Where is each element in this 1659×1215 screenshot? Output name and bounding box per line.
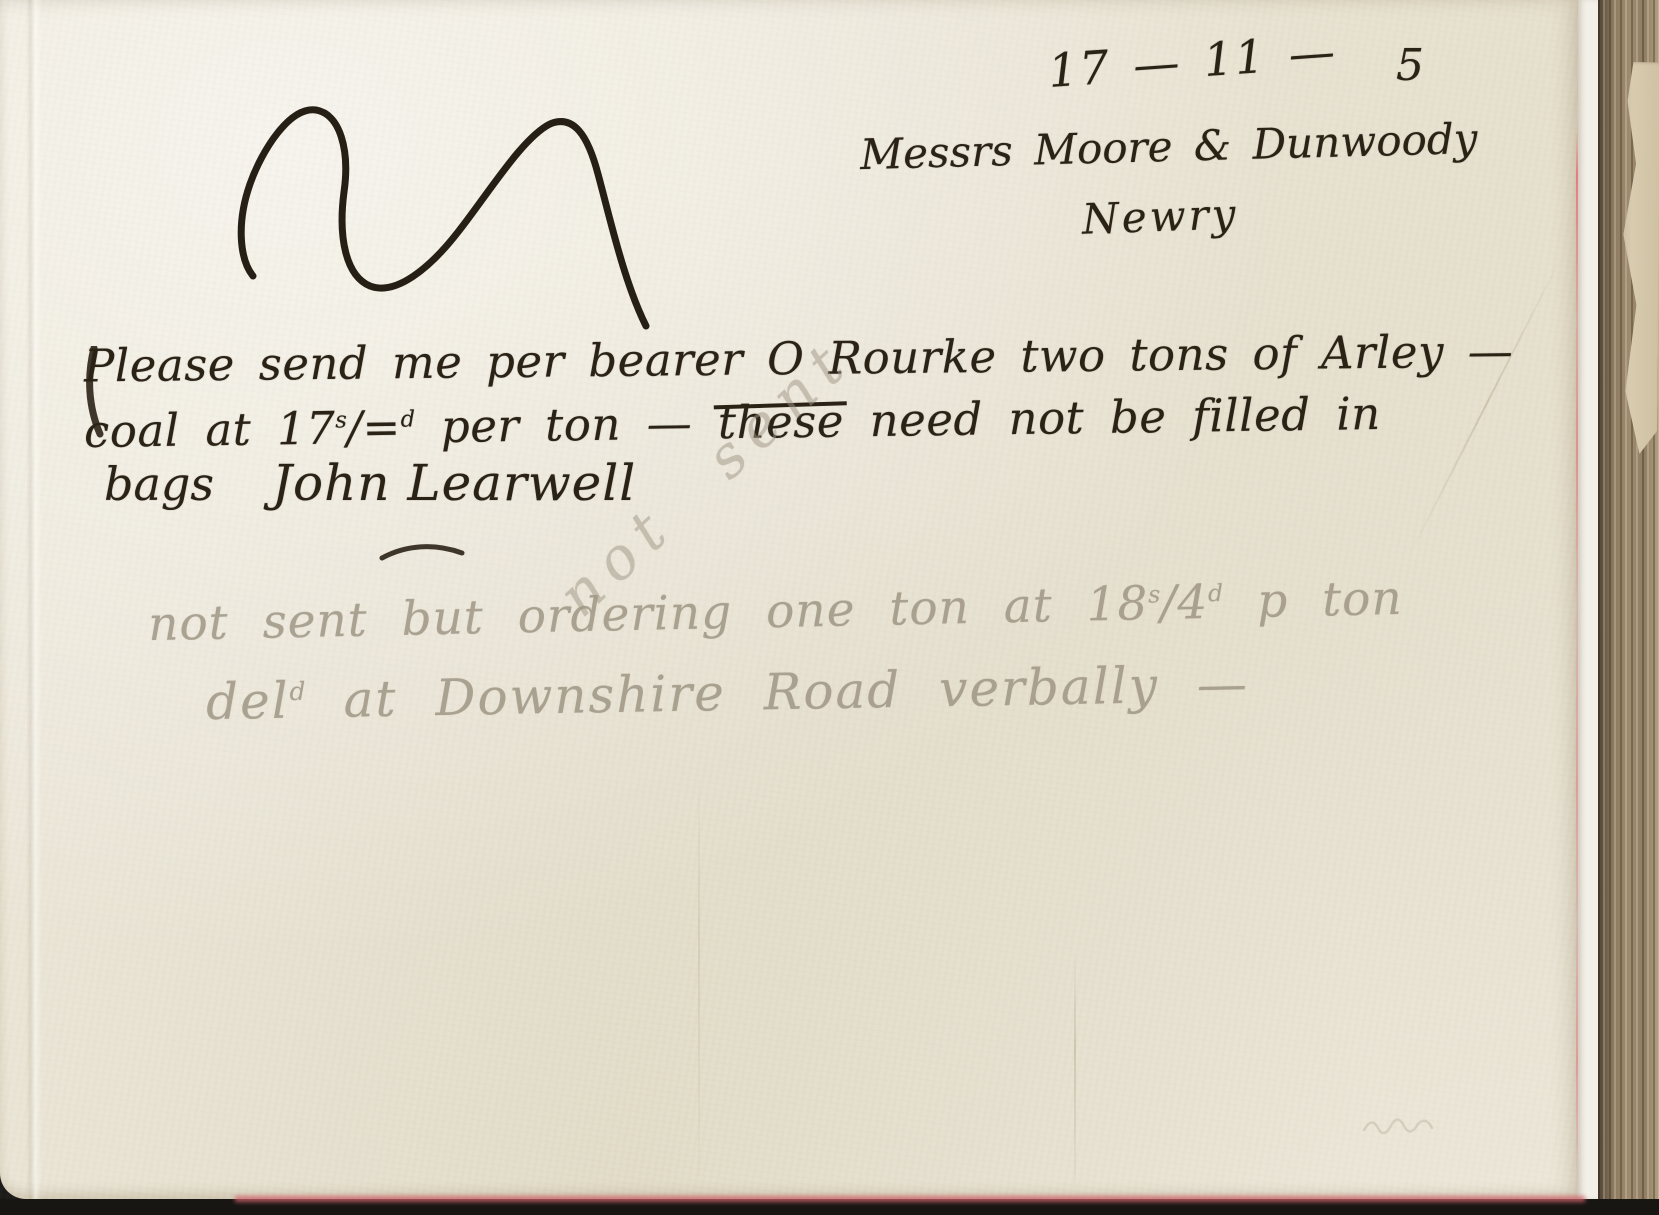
addressee-line2: Newry bbox=[1081, 193, 1239, 240]
scanned-letterbook-page: 17 — 11 — 5 Messrs Moore & Dunwoody Newr… bbox=[0, 0, 1659, 1215]
body-line-3: bagsJohn Learwell bbox=[104, 458, 636, 508]
crease-line bbox=[1408, 253, 1564, 557]
pencil-price-separator: /4 bbox=[1160, 575, 1209, 631]
page-number: 5 bbox=[1396, 44, 1424, 88]
price-separator: /= bbox=[347, 401, 402, 455]
red-margin-line bbox=[1576, 132, 1578, 1187]
next-page-white-edge bbox=[1578, 0, 1598, 1199]
word-bags: bags bbox=[104, 457, 214, 511]
body-line-2-end: need not be filled in bbox=[843, 387, 1381, 447]
signature-underline-flourish bbox=[378, 542, 468, 564]
delivered-superscript: d bbox=[289, 677, 306, 706]
shillings-superscript: s bbox=[335, 407, 347, 433]
pencil-line2-text: del bbox=[206, 672, 291, 731]
signature: John Learwell bbox=[272, 454, 636, 512]
faint-pencil-smudge bbox=[1360, 1100, 1444, 1144]
pencil-line1-end: p ton bbox=[1223, 571, 1404, 630]
pence-superscript: d bbox=[400, 406, 415, 432]
body-line-2-mid: per ton — bbox=[415, 396, 719, 453]
registration-flourish-mark bbox=[228, 88, 664, 340]
pence-superscript: d bbox=[1208, 579, 1224, 607]
crease-line bbox=[698, 765, 700, 1199]
shillings-superscript: s bbox=[1148, 580, 1161, 608]
left-fold-crease bbox=[26, 0, 42, 1199]
bottom-red-edge-paint bbox=[235, 1196, 1585, 1202]
body-line-2-text: coal at 17 bbox=[84, 402, 336, 459]
crease-line bbox=[1074, 950, 1076, 1199]
